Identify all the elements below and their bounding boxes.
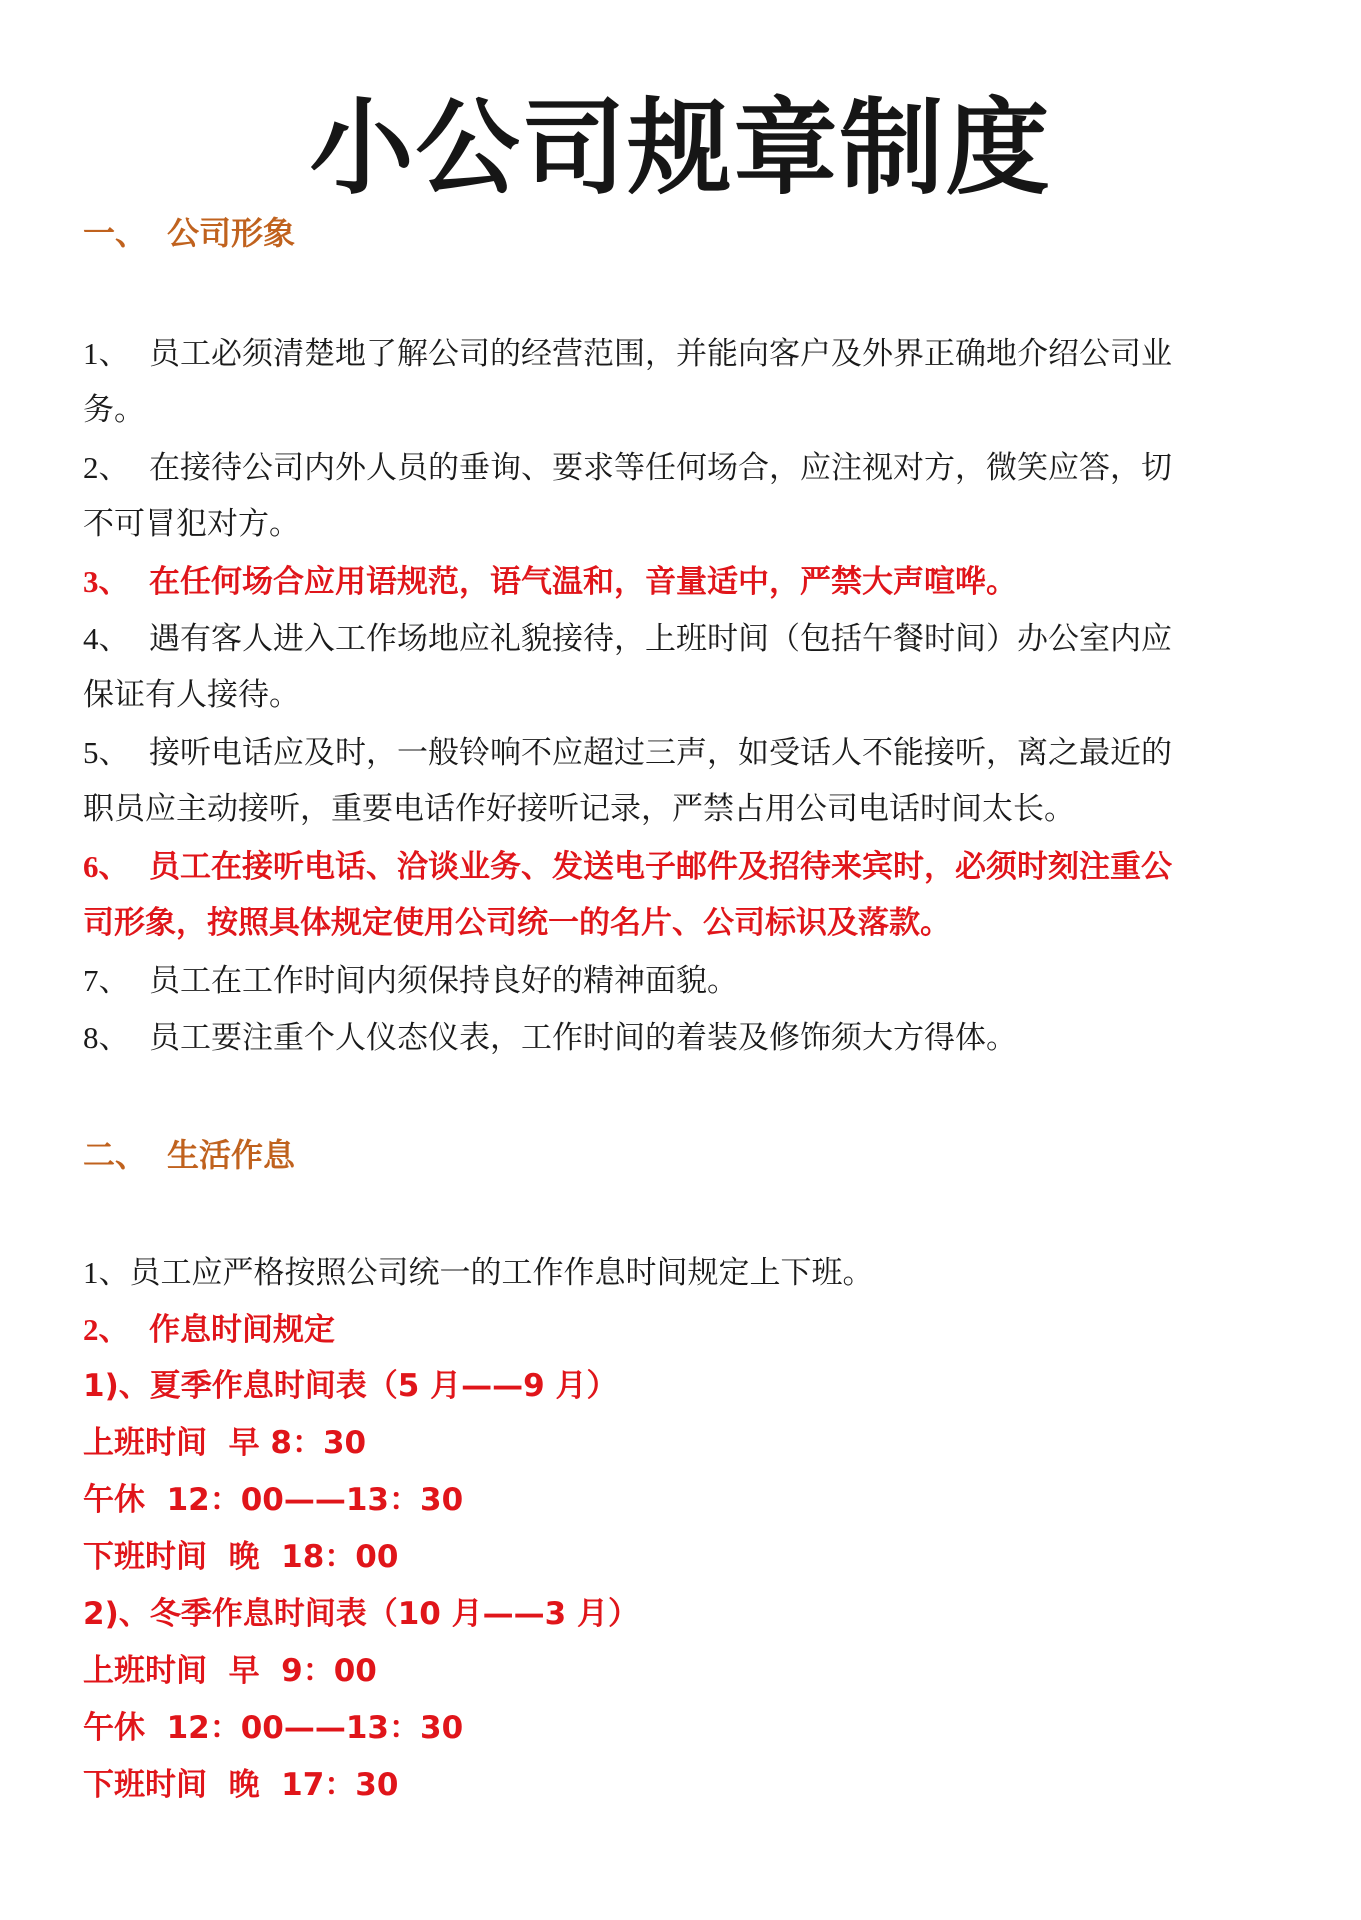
section-heading-work-schedule: 二、生活作息 xyxy=(83,1135,295,1175)
winter-end-time: 下班时间 晚 17：30 xyxy=(83,1757,1283,1814)
winter-start-time: 上班时间 早 9：00 xyxy=(83,1643,1283,1700)
winter-schedule-label: 2)、冬季作息时间表（10 月——3 月） xyxy=(83,1586,1283,1643)
section-number: 一、 xyxy=(83,213,167,253)
winter-lunch-break: 午休 12：00——13：30 xyxy=(83,1700,1283,1757)
summer-lunch-break: 午休 12：00——13：30 xyxy=(83,1472,1283,1529)
document-title: 小公司规章制度 xyxy=(0,88,1361,208)
rule-item-1: 1、员工必须清楚地了解公司的经营范围，并能向客户及外界正确地介绍公司业 xyxy=(83,325,1283,383)
summer-end-time: 下班时间 晚 18：00 xyxy=(83,1529,1283,1586)
rule-item-6-highlight: 6、员工在接听电话、洽谈业务、发送电子邮件及招待来宾时，必须时刻注重公 xyxy=(83,838,1283,896)
rule-item-5: 5、接听电话应及时，一般铃响不应超过三声，如受话人不能接听，离之最近的 xyxy=(83,724,1283,782)
rule-item-7: 7、员工在工作时间内须保持良好的精神面貌。 xyxy=(83,952,1283,1010)
rule-item-5-cont: 职员应主动接听，重要电话作好接听记录，严禁占用公司电话时间太长。 xyxy=(83,781,1283,838)
rule-item-1-cont: 务。 xyxy=(83,382,1283,439)
rule-item-2: 2、在接待公司内外人员的垂询、要求等任何场合，应注视对方，微笑应答，切 xyxy=(83,439,1283,497)
rule-item-3-highlight: 3、在任何场合应用语规范，语气温和，音量适中，严禁大声喧哗。 xyxy=(83,553,1283,611)
schedule-item-2-highlight: 2、作息时间规定 xyxy=(83,1301,1283,1359)
rule-item-4-cont: 保证有人接待。 xyxy=(83,667,1283,724)
summer-schedule-label: 1)、夏季作息时间表（5 月——9 月） xyxy=(83,1358,1283,1415)
summer-start-time: 上班时间 早 8：30 xyxy=(83,1415,1283,1472)
section-title: 生活作息 xyxy=(167,1136,295,1174)
schedule-item-1: 1、员工应严格按照公司统一的工作作息时间规定上下班。 xyxy=(83,1244,1283,1302)
section-heading-company-image: 一、公司形象 xyxy=(83,213,295,253)
section-number: 二、 xyxy=(83,1135,167,1175)
rule-item-8: 8、员工要注重个人仪态仪表，工作时间的着装及修饰须大方得体。 xyxy=(83,1009,1283,1067)
rule-item-4: 4、遇有客人进入工作场地应礼貌接待，上班时间（包括午餐时间）办公室内应 xyxy=(83,610,1283,668)
section-title: 公司形象 xyxy=(167,214,295,252)
rule-item-2-cont: 不可冒犯对方。 xyxy=(83,496,1283,553)
rule-item-6-cont: 司形象，按照具体规定使用公司统一的名片、公司标识及落款。 xyxy=(83,895,1283,952)
